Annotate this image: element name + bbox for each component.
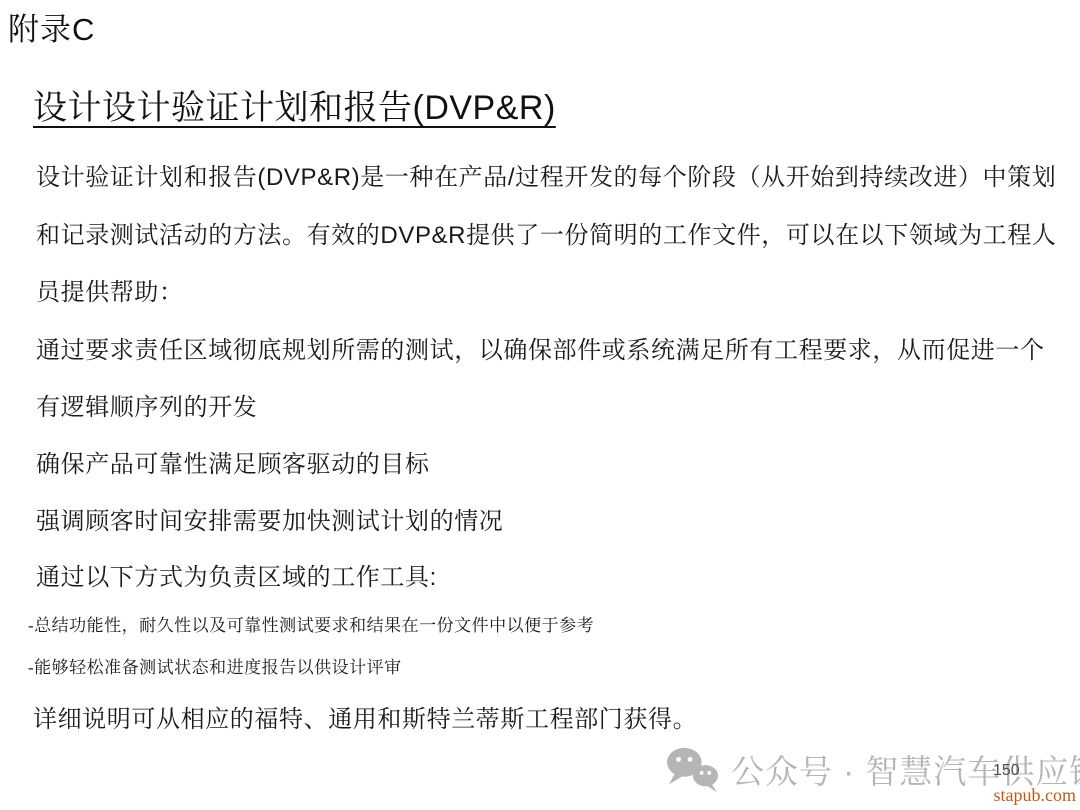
document-page: 附录C 设计设计验证计划和报告(DVP&R) 设计验证计划和报告(DVP&R)是…: [0, 0, 1080, 810]
body-line: 和记录测试活动的方法。有效的DVP&R提供了一份简明的工作文件，可以在以下领域为…: [36, 215, 1056, 250]
footnote-line: -总结功能性，耐久性以及可靠性测试要求和结果在一份文件中以便于参考: [28, 611, 594, 636]
page-number: 150: [993, 762, 1020, 780]
footnote-line: -能够轻松准备测试状态和进度报告以供设计评审: [28, 653, 402, 678]
body-line: 通过要求责任区域彻底规划所需的测试，以确保部件或系统满足所有工程要求，从而促进一…: [36, 330, 1045, 365]
body-line: 通过以下方式为负责区域的工作工具:: [36, 557, 437, 592]
wechat-icon: [663, 744, 721, 794]
page-title: 设计设计验证计划和报告(DVP&R): [33, 80, 556, 129]
body-line: 有逻辑顺序列的开发: [36, 387, 257, 422]
body-line: 强调顾客时间安排需要加快测试计划的情况: [36, 501, 503, 536]
site-watermark: stapub.com: [994, 785, 1077, 806]
appendix-label: 附录C: [8, 4, 95, 49]
body-line: 确保产品可靠性满足顾客驱动的目标: [36, 444, 430, 479]
body-line: 员提供帮助：: [36, 272, 184, 307]
body-line: 设计验证计划和报告(DVP&R)是一种在产品/过程开发的每个阶段（从开始到持续改…: [36, 157, 1056, 192]
body-line: 详细说明可从相应的福特、通用和斯特兰蒂斯工程部门获得。: [33, 699, 697, 734]
